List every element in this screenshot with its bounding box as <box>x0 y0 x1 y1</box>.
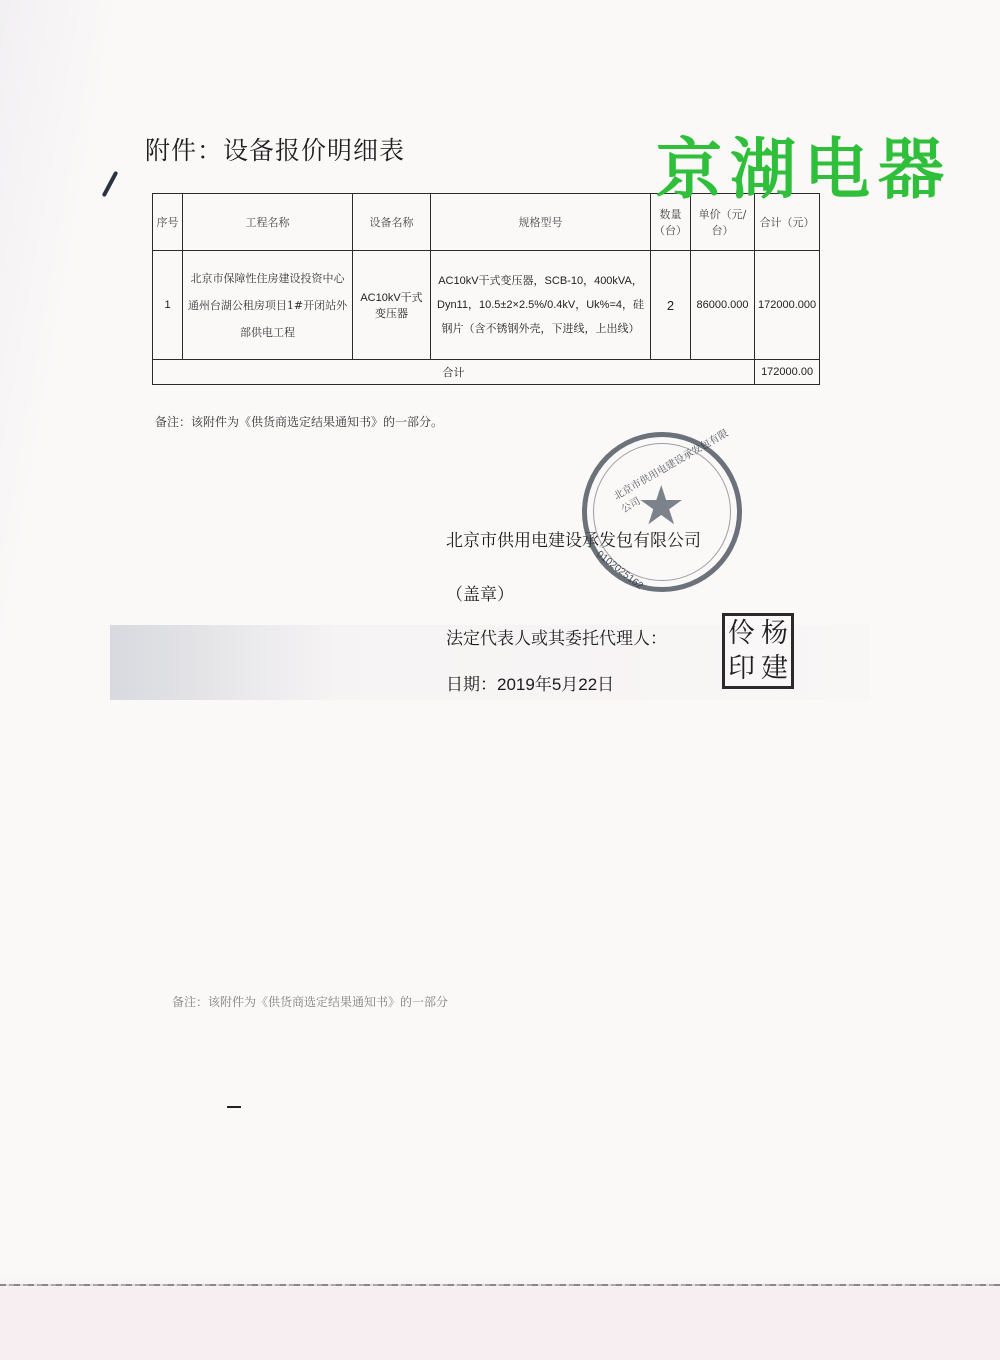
cell-spec: AC10kV干式变压器，SCB-10，400kVA，Dyn11，10.5±2×2… <box>431 251 651 360</box>
company-round-seal: 北京市供用电建设承发包有限公司 ★ 0102025162 <box>582 432 742 592</box>
brand-watermark: 京湖电器 <box>656 137 952 203</box>
total-label: 合计 <box>153 360 755 385</box>
cell-no: 1 <box>153 251 183 360</box>
total-value: 172000.00 <box>755 360 820 385</box>
remark-ghost-bleed: 备注：该附件为《供货商选定结果通知书》的一部分 <box>172 993 448 1010</box>
table-row: 1 北京市保障性住房建设投资中心通州台湖公租房项目1#开闭站外部供电工程 AC1… <box>153 251 820 360</box>
cell-unit-price: 86000.000 <box>691 251 755 360</box>
document-title: 附件：设备报价明细表 <box>145 131 405 167</box>
header-spec: 规格型号 <box>431 194 651 251</box>
date-value: 2019年5月22日 <box>497 675 614 694</box>
personal-square-seal: 伶 杨 印 建 <box>722 613 794 689</box>
pen-mark <box>102 171 119 198</box>
seal-label: （盖章） <box>446 580 514 605</box>
remark-note: 备注：该附件为《供货商选定结果通知书》的一部分。 <box>155 413 443 430</box>
header-project: 工程名称 <box>183 194 353 251</box>
seal-char: 伶 <box>725 616 758 651</box>
seal-char: 印 <box>725 651 758 686</box>
stray-mark <box>227 1106 241 1108</box>
seal-char: 建 <box>758 651 791 686</box>
seal-char: 杨 <box>758 616 791 651</box>
date-label: 日期： <box>446 675 497 695</box>
cell-qty: 2 <box>651 251 691 360</box>
scan-fold-line <box>0 1284 1000 1286</box>
quote-table: 序号 工程名称 设备名称 规格型号 数量（台） 单价（元/台） 合计（元） 1 … <box>152 193 820 385</box>
header-device: 设备名称 <box>353 194 431 251</box>
representative-label: 法定代表人或其委托代理人： <box>446 624 667 649</box>
cell-device: AC10kV干式变压器 <box>353 251 431 360</box>
table-total-row: 合计 172000.00 <box>153 360 820 385</box>
date-line: 日期：2019年5月22日 <box>446 670 614 695</box>
cell-subtotal: 172000.000 <box>755 251 820 360</box>
cell-project: 北京市保障性住房建设投资中心通州台湖公租房项目1#开闭站外部供电工程 <box>183 251 353 360</box>
star-icon: ★ <box>637 479 685 533</box>
header-no: 序号 <box>153 194 183 251</box>
